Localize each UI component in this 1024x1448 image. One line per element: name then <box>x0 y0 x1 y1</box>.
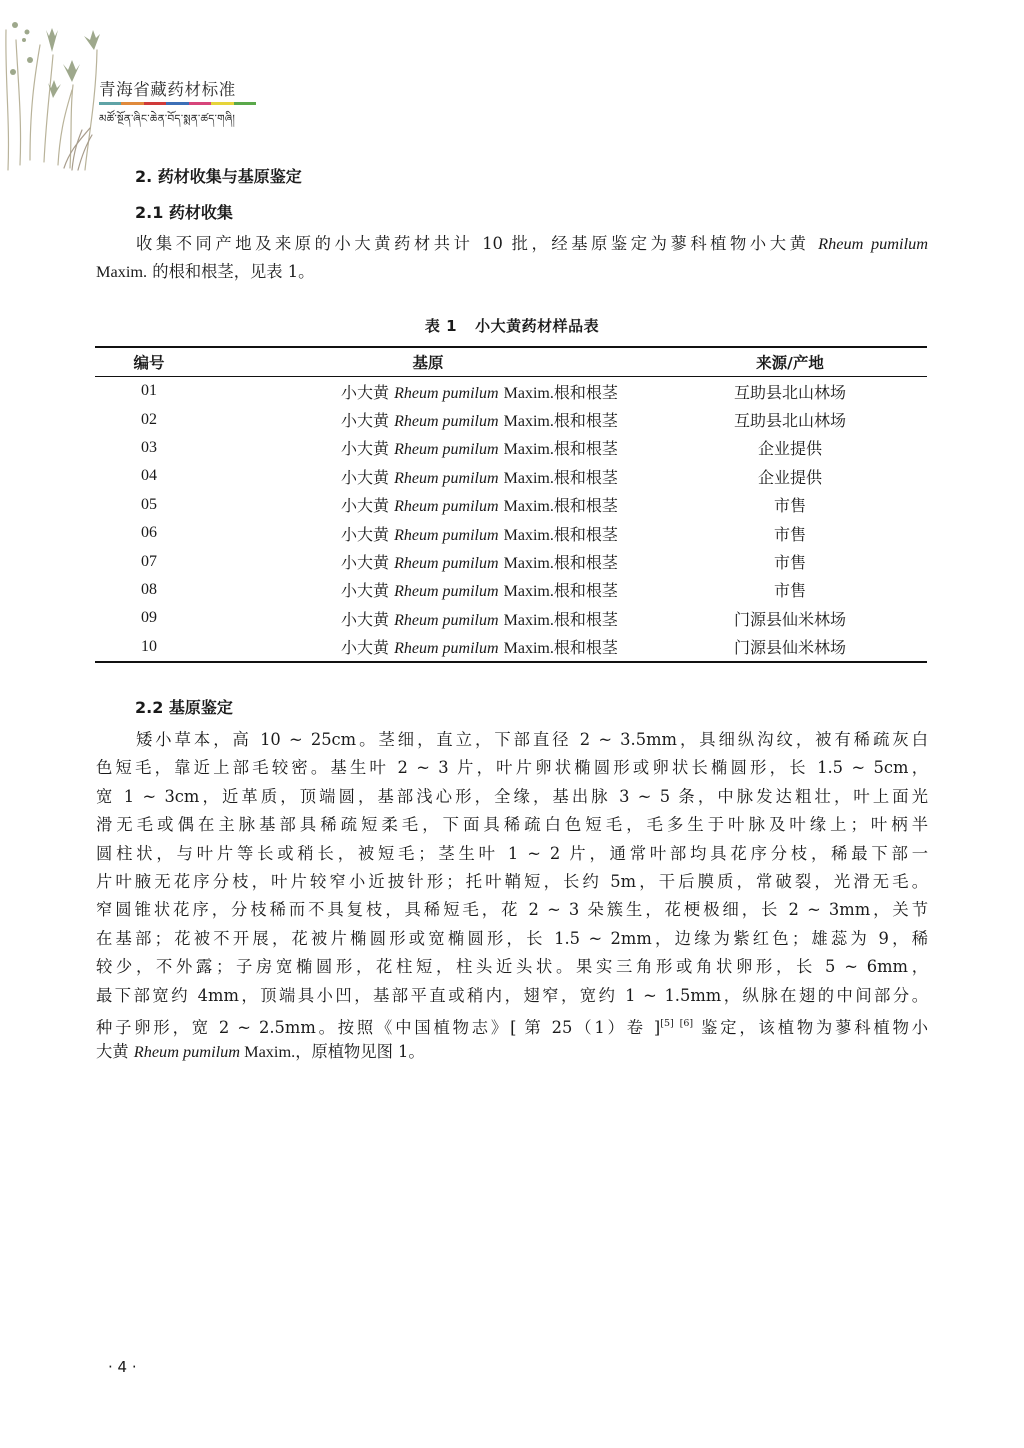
paragraph-line: 矮小草本，高 10 ~ 25cm。茎细，直立，下部直径 2 ~ 3.5mm，具细… <box>96 726 928 754</box>
cell-base: 小大黄 Rheum pumilum Maxim.根和根茎 <box>203 519 653 547</box>
color-bar-segment <box>189 102 211 105</box>
color-bar-segment <box>166 102 188 105</box>
color-bar-segment <box>121 102 143 105</box>
cell-base: 小大黄 Rheum pumilum Maxim.根和根茎 <box>203 434 653 462</box>
color-bar-segment <box>234 102 256 105</box>
latin-name: Rheum pumilum <box>394 441 498 458</box>
cell-base: 小大黄 Rheum pumilum Maxim.根和根茎 <box>203 377 653 406</box>
cell-base: 小大黄 Rheum pumilum Maxim.根和根茎 <box>203 491 653 519</box>
paragraph-line: 色短毛，靠近上部毛较密。基生叶 2 ~ 3 片，叶片卵状椭圆形或卵状长椭圆形，长… <box>96 754 928 782</box>
column-header-id: 编号 <box>95 347 203 377</box>
latin-name: Rheum pumilum <box>394 527 498 544</box>
paragraph-line: 大黄 Rheum pumilum Maxim.，原植物见图 1。 <box>96 1038 928 1066</box>
section-heading: 2. 药材收集与基原鉴定 <box>135 164 302 187</box>
cell-id: 03 <box>95 434 203 462</box>
table-row: 04小大黄 Rheum pumilum Maxim.根和根茎企业提供 <box>95 462 927 490</box>
paragraph-line: 在基部；花被不开展，花被片椭圆形或宽椭圆形，长 1.5 ~ 2mm，边缘为紫红色… <box>96 925 928 953</box>
cell-base: 小大黄 Rheum pumilum Maxim.根和根茎 <box>203 576 653 604</box>
table-row: 03小大黄 Rheum pumilum Maxim.根和根茎企业提供 <box>95 434 927 462</box>
cell-source: 市售 <box>653 491 927 519</box>
latin-name: Rheum pumilum <box>394 413 498 430</box>
latin-name: Rheum pumilum <box>394 612 498 629</box>
paragraph-line: 滑无毛或偶在主脉基部具稀疏短柔毛，下面具稀疏白色短毛，毛多生于叶脉及叶缘上；叶柄… <box>96 811 928 839</box>
color-bar <box>99 102 256 105</box>
latin-name: Rheum pumilum <box>818 234 928 253</box>
cell-source: 企业提供 <box>653 434 927 462</box>
cell-id: 05 <box>95 491 203 519</box>
paragraph-line: 种子卵形，宽 2 ~ 2.5mm。按照《中国植物志》[ 第 25（1）卷 ][5… <box>96 1010 928 1038</box>
paragraph-line: 宽 1 ~ 3cm，近革质，顶端圆，基部浅心形，全缘，基出脉 3 ~ 5 条，中… <box>96 783 928 811</box>
table-row: 01小大黄 Rheum pumilum Maxim.根和根茎互助县北山林场 <box>95 377 927 406</box>
table-row: 06小大黄 Rheum pumilum Maxim.根和根茎市售 <box>95 519 927 547</box>
table-row: 05小大黄 Rheum pumilum Maxim.根和根茎市售 <box>95 491 927 519</box>
subsection-heading-2-2: 2.2 基原鉴定 <box>135 695 233 718</box>
paragraph-collection: 收集不同产地及来原的小大黄药材共计 10 批，经基原鉴定为蓼科植物小大黄 Rhe… <box>96 230 928 287</box>
sample-table: 编号 基原 来源/产地 01小大黄 Rheum pumilum Maxim.根和… <box>95 346 927 663</box>
column-header-source: 来源/产地 <box>653 347 927 377</box>
cell-source: 市售 <box>653 519 927 547</box>
latin-name: Rheum pumilum <box>394 385 498 402</box>
cell-source: 互助县北山林场 <box>653 405 927 433</box>
color-bar-segment <box>99 102 121 105</box>
cell-id: 01 <box>95 377 203 406</box>
table-row: 10小大黄 Rheum pumilum Maxim.根和根茎门源县仙米林场 <box>95 633 927 662</box>
cell-base: 小大黄 Rheum pumilum Maxim.根和根茎 <box>203 633 653 662</box>
paragraph-line: 较少，不外露；子房宽椭圆形，花柱短，柱头近头状。果实三角形或角状卵形，长 5 ~… <box>96 953 928 981</box>
color-bar-segment <box>144 102 166 105</box>
cell-source: 市售 <box>653 547 927 575</box>
paragraph-line: 片叶腋无花序分枝，叶片较窄小近披针形；托叶鞘短，长约 5m，干后膜质，常破裂，光… <box>96 868 928 896</box>
cell-source: 互助县北山林场 <box>653 377 927 406</box>
page-number: · 4 · <box>108 1358 137 1376</box>
cell-id: 02 <box>95 405 203 433</box>
cell-id: 09 <box>95 604 203 632</box>
color-bar-segment <box>211 102 233 105</box>
paragraph-identification: 矮小草本，高 10 ~ 25cm。茎细，直立，下部直径 2 ~ 3.5mm，具细… <box>96 726 928 1067</box>
cell-base: 小大黄 Rheum pumilum Maxim.根和根茎 <box>203 547 653 575</box>
paragraph-line: 收集不同产地及来原的小大黄药材共计 10 批，经基原鉴定为蓼科植物小大黄 Rhe… <box>96 230 928 258</box>
paragraph-line: 窄圆锥状花序，分枝稀而不具复枝，具稀短毛，花 2 ~ 3 朵簇生，花梗极细，长 … <box>96 896 928 924</box>
column-header-base: 基原 <box>203 347 653 377</box>
table-header-row: 编号 基原 来源/产地 <box>95 347 927 377</box>
cell-source: 门源县仙米林场 <box>653 633 927 662</box>
latin-name: Rheum pumilum <box>394 470 498 487</box>
table-row: 09小大黄 Rheum pumilum Maxim.根和根茎门源县仙米林场 <box>95 604 927 632</box>
cell-source: 市售 <box>653 576 927 604</box>
latin-name: Rheum pumilum <box>394 640 498 657</box>
cell-id: 07 <box>95 547 203 575</box>
cell-id: 10 <box>95 633 203 662</box>
cell-id: 06 <box>95 519 203 547</box>
table-row: 08小大黄 Rheum pumilum Maxim.根和根茎市售 <box>95 576 927 604</box>
paragraph-line: Maxim. 的根和根茎，见表 1。 <box>96 258 928 286</box>
tibetan-subtitle: མཚོ་སྔོན་ཞིང་ཆེན་བོད་སྨན་ཚད་གཞི། <box>99 108 235 137</box>
latin-name: Rheum pumilum <box>134 1042 240 1061</box>
latin-name: Rheum pumilum <box>394 555 498 572</box>
latin-name: Rheum pumilum <box>394 498 498 515</box>
cell-source: 企业提供 <box>653 462 927 490</box>
cell-id: 04 <box>95 462 203 490</box>
paragraph-line: 圆柱状，与叶片等长或稍长，被短毛；茎生叶 1 ~ 2 片，通常叶部均具花序分枝，… <box>96 840 928 868</box>
cell-source: 门源县仙米林场 <box>653 604 927 632</box>
table-row: 02小大黄 Rheum pumilum Maxim.根和根茎互助县北山林场 <box>95 405 927 433</box>
subsection-heading-2-1: 2.1 药材收集 <box>135 200 233 223</box>
cell-base: 小大黄 Rheum pumilum Maxim.根和根茎 <box>203 462 653 490</box>
table-row: 07小大黄 Rheum pumilum Maxim.根和根茎市售 <box>95 547 927 575</box>
paragraph-line: 最下部宽约 4mm，顶端具小凹，基部平直或稍内，翅窄，宽约 1 ~ 1.5mm，… <box>96 982 928 1010</box>
citation-reference: [5] [6] <box>660 1018 693 1029</box>
cell-base: 小大黄 Rheum pumilum Maxim.根和根茎 <box>203 604 653 632</box>
cell-base: 小大黄 Rheum pumilum Maxim.根和根茎 <box>203 405 653 433</box>
latin-name: Rheum pumilum <box>394 583 498 600</box>
herb-illustration-icon <box>0 0 105 175</box>
book-title: 青海省藏药材标准 <box>99 76 236 100</box>
cell-id: 08 <box>95 576 203 604</box>
table-caption: 表 1小大黄药材样品表 <box>0 315 1024 336</box>
